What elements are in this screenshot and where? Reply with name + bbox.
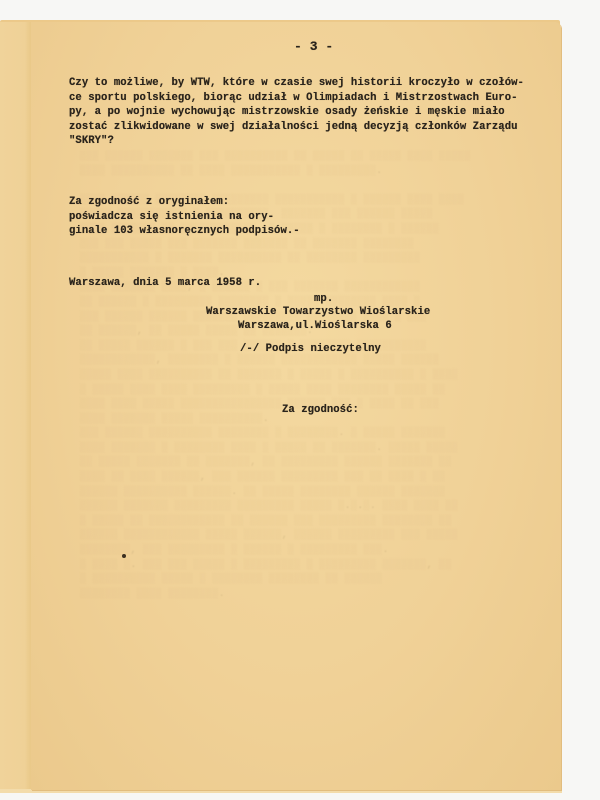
question-paragraph: Czy to możliwe, by WTW, które w czasie s… <box>69 76 524 149</box>
paragraph-line: "SKRY"? <box>69 135 114 147</box>
paragraph-line: Czy to możliwe, by WTW, które w czasie s… <box>69 77 524 89</box>
paragraph-line: ce sportu polskiego, biorąc udział w Oli… <box>69 92 518 104</box>
signature-note: /-/ Podpis nieczytelny <box>240 342 381 357</box>
organization-name: Warszawskie Towarzystwo Wioślarskie <box>206 305 430 320</box>
page-number: - 3 - <box>294 40 333 55</box>
paragraph-line: zostać zlikwidowane w swej działalności … <box>69 121 518 133</box>
certification-block: Za zgodność z oryginałem: poświadcza się… <box>69 195 300 239</box>
organization-address: Warszawa,ul.Wioślarska 6 <box>238 319 392 334</box>
closing-certification: Za zgodność: <box>282 403 359 418</box>
date-line: Warszawa, dnia 5 marca 1958 r. <box>69 276 261 291</box>
certification-line: Za zgodność z oryginałem: <box>69 196 229 208</box>
paragraph-line: py, a po wojnie wychowując mistrzowskie … <box>69 106 505 118</box>
ink-speck <box>122 554 126 558</box>
scanned-document: ░░░ ░░░░░░ ░░░░░░░ ░░░ ░░░░░░░░░░ ░░ ░░░… <box>0 0 600 800</box>
certification-line: poświadcza się istnienia na ory- <box>69 211 274 223</box>
folder-edge <box>0 22 32 792</box>
certification-line: ginale 103 własnoręcznych podpisów.- <box>69 225 300 237</box>
